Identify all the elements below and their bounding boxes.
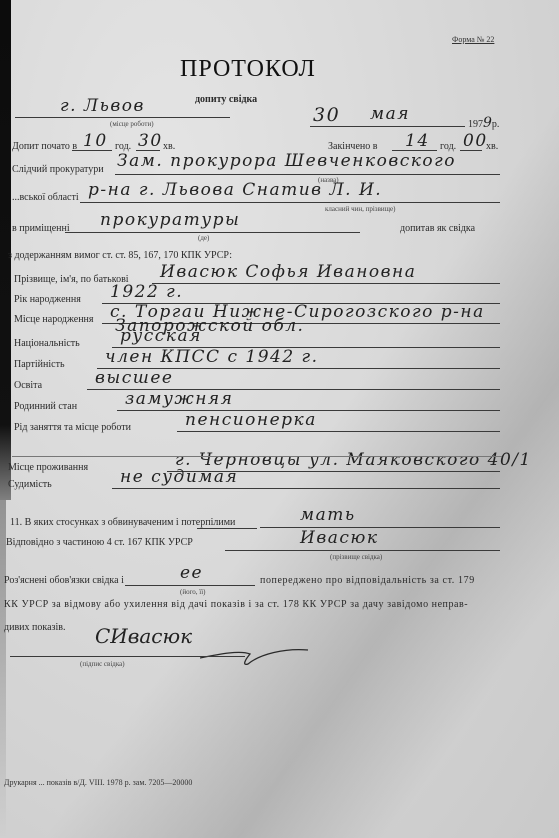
- signature-flourish: [200, 640, 310, 670]
- date-year-suffix: р.: [492, 119, 500, 130]
- signature-underline: [10, 656, 245, 657]
- date-year-digit: 9: [483, 115, 492, 131]
- duties-line-2: КК УРСР за відмову або ухилення від дачі…: [4, 599, 468, 610]
- scan-edge-fade: [0, 500, 6, 838]
- end-minutes-unit: хв.: [486, 141, 498, 152]
- witness-signature: СИвасюк: [95, 624, 192, 648]
- field-value: не судимая: [120, 467, 238, 487]
- art167-value: Ивасюк: [300, 528, 379, 548]
- field-value: Ивасюк Софья Ивановна: [160, 262, 416, 282]
- field-value: высшее: [95, 368, 174, 388]
- investigator-label: Слідчий прокуратури: [12, 164, 104, 175]
- field-underline: [112, 488, 500, 489]
- field-value: член КПСС с 1942 г.: [105, 347, 319, 367]
- field-label: Місце проживання: [8, 462, 88, 473]
- form-number: Форма № 22: [452, 35, 494, 44]
- duties-text-before: Роз'яснені обов'язки свідка і: [4, 575, 124, 586]
- field-label: Партійність: [14, 359, 65, 370]
- duties-underline: [125, 585, 255, 586]
- duties-text-after: попереджено про відповідальність за ст. …: [260, 575, 475, 586]
- duties-line-3: дивих показів.: [4, 622, 65, 633]
- relation-value: мать: [300, 505, 356, 525]
- field-label: Освіта: [14, 380, 42, 391]
- duties-value: ее: [180, 563, 203, 583]
- relation-underline: [260, 527, 500, 528]
- page-title: ПРОТОКОЛ: [180, 56, 316, 83]
- field-label: Судимість: [8, 479, 52, 490]
- art167-caption: (прізвище свідка): [330, 553, 382, 561]
- date-day: 30: [313, 104, 340, 126]
- end-hours: 14: [405, 131, 430, 151]
- start-hours-underline: [72, 150, 112, 151]
- investigator-value-2: р-на г. Львова Снатив Л. И.: [88, 180, 382, 200]
- date-year: 1979р.: [468, 115, 499, 131]
- relation-label-underline: [197, 528, 257, 529]
- date-underline: [310, 126, 465, 127]
- field-label: Рік народження: [14, 294, 81, 305]
- end-minutes-underline: [460, 150, 482, 151]
- section-divider: [12, 456, 502, 457]
- field-value: пенсионерка: [185, 410, 317, 430]
- footer-print-info: Друкарня ... показів в/Д. VIII. 1978 р. …: [4, 778, 192, 787]
- date-month: мая: [370, 104, 410, 124]
- field-label: Місце народження: [14, 314, 94, 325]
- field-underline: [152, 283, 500, 284]
- field-label: Рід заняття та місце роботи: [14, 422, 131, 433]
- start-hours: 10: [83, 131, 108, 151]
- compliance-text: з додержанням вимог ст. ст. 85, 167, 170…: [8, 250, 232, 261]
- room-caption: (де): [198, 234, 209, 242]
- start-minutes: 30: [138, 131, 163, 151]
- end-minutes: 00: [463, 131, 488, 151]
- investigator-underline-1: [115, 174, 500, 175]
- page-subtitle: допиту свідка: [195, 94, 257, 105]
- field-value: замужняя: [125, 389, 233, 409]
- duties-caption: (його, її): [180, 588, 206, 596]
- date-year-prefix: 197: [468, 119, 483, 130]
- investigator-caption-2: класний чин, прізвище): [325, 205, 395, 213]
- place-value: г. Львов: [60, 96, 145, 116]
- field-value: 1922 г.: [110, 282, 183, 302]
- place-underline: [15, 117, 230, 118]
- region-label: ...вської області: [12, 192, 79, 203]
- investigator-underline-2: [80, 202, 500, 203]
- room-label: в приміщенні: [12, 223, 70, 234]
- room-underline: [65, 232, 360, 233]
- art167-label: Відповідно з частиною 4 ст. 167 КПК УРСР: [6, 537, 193, 548]
- room-after: допитав як свідка: [400, 223, 475, 234]
- relation-label: 11. В яких стосунках з обвинуваченим і п…: [10, 517, 235, 528]
- room-value: прокуратуры: [100, 210, 240, 230]
- field-value: русская: [120, 326, 202, 346]
- signature-caption: (підпис свідка): [80, 660, 125, 668]
- investigator-value-1: Зам. прокурора Шевченковского: [117, 151, 456, 171]
- field-label: Родинний стан: [14, 401, 77, 412]
- field-underline: [177, 431, 500, 432]
- place-caption: (місце роботи): [110, 120, 154, 128]
- field-label: Національність: [14, 338, 80, 349]
- art167-underline: [225, 550, 500, 551]
- start-label: Допит почато в: [12, 141, 77, 152]
